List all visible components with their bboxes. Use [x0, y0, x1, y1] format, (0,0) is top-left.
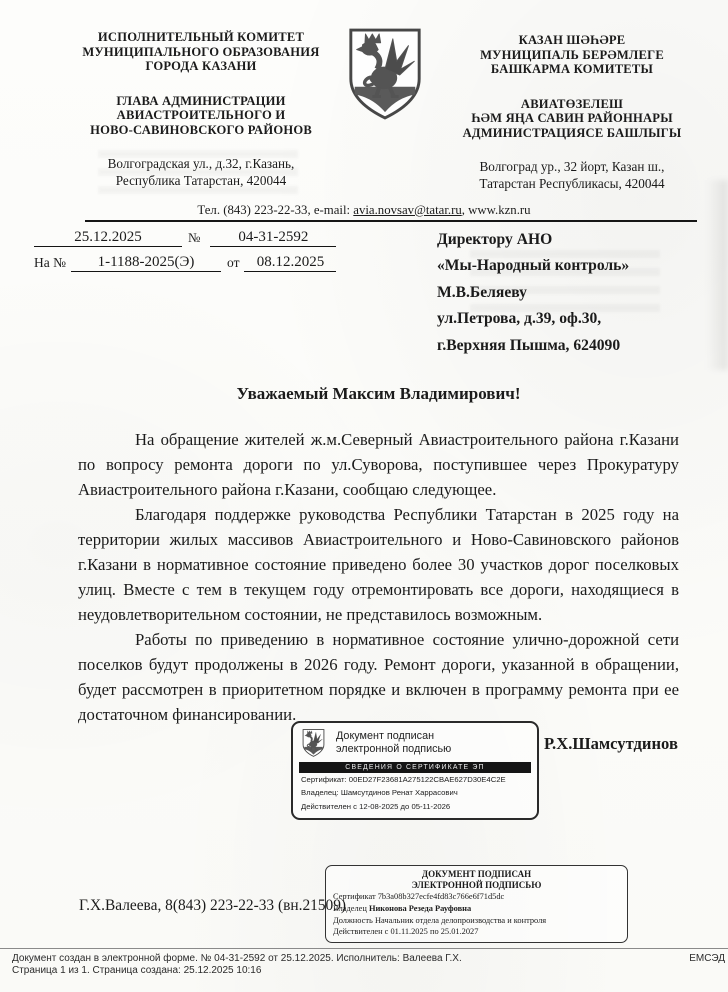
address-line: Республика Татарстан, 420044: [60, 172, 342, 189]
address-line: Татарстан Республикасы, 420044: [426, 175, 718, 192]
footer-system-label: ЕМСЭД: [689, 953, 725, 965]
number-sign: №: [182, 230, 202, 247]
contact-line: Тел. (843) 223-22-33, e-mail: avia.novsa…: [0, 203, 728, 218]
incoming-number: 1-1188-2025(Э): [71, 254, 221, 272]
outgoing-ref-row: 25.12.2025 № 04-31-2592: [34, 224, 370, 247]
header-divider: [85, 220, 697, 222]
org-line: БАШКАРМА КОМИТЕТЫ: [426, 62, 718, 77]
dept-line: АВИАСТРОИТЕЛЬНОГО И: [60, 108, 342, 123]
incoming-ref-row: На № 1-1188-2025(Э) от 08.12.2025: [34, 249, 370, 272]
stamp-title: Документ подписан электронной подписью: [336, 730, 451, 757]
reference-block: 25.12.2025 № 04-31-2592 На № 1-1188-2025…: [34, 224, 370, 274]
executor-line: Г.Х.Валеева, 8(843) 223-22-33 (вн.21509): [79, 897, 346, 915]
footer-meta: Документ создан в электронной форме. № 0…: [12, 953, 462, 977]
address-line: Волгоградская ул., д.32, г.Казань,: [60, 155, 342, 172]
stamp-title-line: электронной подписью: [336, 743, 451, 757]
letterhead-left: ИСПОЛНИТЕЛЬНЫЙ КОМИТЕТ МУНИЦИПАЛЬНОГО ОБ…: [60, 30, 342, 189]
e-signature-stamp: Документ подписан электронной подписью С…: [291, 721, 539, 820]
clerk-owner-row: Владелец Никонова Резеда Рауфовна: [333, 904, 620, 915]
dept-line: ГЛАВА АДМИНИСТРАЦИИ: [60, 94, 342, 109]
letterhead-right: КАЗАН ШӘҺӘРЕ МУНИЦИПАЛЬ БЕРӘМЛЕГЕ БАШКАР…: [426, 33, 718, 192]
website-text: , www.kzn.ru: [462, 203, 531, 217]
stamp-header: Документ подписан электронной подписью: [293, 728, 537, 758]
org-line: МУНИЦИПАЛЬНОГО ОБРАЗОВАНИЯ: [60, 45, 342, 60]
recipient-line: г.Верхняя Пышма, 624090: [437, 333, 719, 359]
body-paragraph: Работы по приведению в нормативное состо…: [78, 627, 679, 727]
certificate-owner: Владелец: Шамсутдинов Ренат Харрасович: [301, 788, 529, 799]
outgoing-date: 25.12.2025: [34, 229, 182, 247]
org-line: МУНИЦИПАЛЬ БЕРӘМЛЕГЕ: [426, 48, 718, 63]
clerk-e-signature-stamp: ДОКУМЕНТ ПОДПИСАН ЭЛЕКТРОННОЙ ПОДПИСЬЮ С…: [325, 865, 628, 943]
value: 7b3a08b327ecfe4fd83c766e6f71d5dc: [378, 892, 505, 901]
kazan-coat-of-arms-icon: [344, 26, 426, 122]
label: Должность: [333, 916, 373, 925]
certificate-validity: Действителен с 12-08-2025 до 05-11-2026: [301, 802, 529, 813]
dept-name-ru: ГЛАВА АДМИНИСТРАЦИИ АВИАСТРОИТЕЛЬНОГО И …: [60, 94, 342, 138]
address-ru: Волгоградская ул., д.32, г.Казань, Респу…: [60, 155, 342, 189]
clerk-stamp-title-line: ЭЛЕКТРОННОЙ ПОДПИСЬЮ: [333, 880, 620, 891]
stamp-title-line: Документ подписан: [336, 730, 451, 744]
address-tat: Волгоград ур., 32 йорт, Казан ш., Татарс…: [426, 158, 718, 192]
dept-line: ҺӘМ ЯҢА САВИН РАЙОННАРЫ: [426, 111, 718, 126]
value: Никонова Резеда Рауфовна: [369, 904, 471, 913]
clerk-stamp-title-line: ДОКУМЕНТ ПОДПИСАН: [333, 869, 620, 880]
footer-divider: [0, 948, 728, 949]
clerk-stamp-title: ДОКУМЕНТ ПОДПИСАН ЭЛЕКТРОННОЙ ПОДПИСЬЮ: [333, 869, 620, 891]
dept-line: АДМИНИСТРАЦИЯСЕ БАШЛЫГЫ: [426, 126, 718, 141]
clerk-position-row: Должность Начальник отдела делопроизводс…: [333, 916, 620, 927]
letter-body: На обращение жителей ж.м.Северный Авиаст…: [78, 427, 679, 727]
phone-text: Тел. (843) 223-22-33, e-mail:: [197, 203, 353, 217]
recipient-line: Директору АНО: [437, 227, 719, 253]
outgoing-number: 04-31-2592: [210, 229, 336, 247]
reply-label: На №: [34, 255, 71, 272]
letter-page: { "letterhead": { "left": { "org_lines":…: [0, 0, 728, 992]
clerk-certificate-row: Сертификат 7b3a08b327ecfe4fd83c766e6f71d…: [333, 892, 620, 903]
body-paragraph: На обращение жителей ж.м.Северный Авиаст…: [78, 427, 679, 502]
certificate-number: Сертификат: 00ED27F23681A275122CBAE627D3…: [301, 775, 529, 786]
salutation: Уважаемый Максим Владимирович!: [78, 384, 679, 404]
address-line: Волгоград ур., 32 йорт, Казан ш.,: [426, 158, 718, 175]
footer-line: Страница 1 из 1. Страница создана: 25.12…: [12, 965, 462, 977]
dept-name-tat: АВИАТӨЗЕЛЕШ ҺӘМ ЯҢА САВИН РАЙОННАРЫ АДМИ…: [426, 97, 718, 141]
org-name-tat: КАЗАН ШӘҺӘРЕ МУНИЦИПАЛЬ БЕРӘМЛЕГЕ БАШКАР…: [426, 33, 718, 77]
dept-line: АВИАТӨЗЕЛЕШ: [426, 97, 718, 112]
clerk-validity-row: Действителен с 01.11.2025 по 25.01.2027: [333, 927, 620, 938]
signature-name: Р.Х.Шамсутдинов: [544, 734, 678, 754]
org-line: ГОРОДА КАЗАНИ: [60, 59, 342, 74]
recipient-line: М.В.Беляеву: [437, 280, 719, 306]
org-name-ru: ИСПОЛНИТЕЛЬНЫЙ КОМИТЕТ МУНИЦИПАЛЬНОГО ОБ…: [60, 30, 342, 74]
recipient-block: Директору АНО «Мы-Народный контроль» М.В…: [437, 227, 719, 359]
certificate-info-bar: СВЕДЕНИЯ О СЕРТИФИКАТЕ ЭП: [299, 762, 531, 773]
email-text: avia.novsav@tatar.ru: [353, 203, 461, 217]
kazan-emblem-small-icon: [301, 728, 326, 758]
body-paragraph: Благодаря поддержке руководства Республи…: [78, 502, 679, 627]
dept-line: НОВО-САВИНОВСКОГО РАЙОНОВ: [60, 123, 342, 138]
from-label: от: [221, 255, 244, 272]
value: Начальник отдела делопроизводства и конт…: [375, 916, 546, 925]
footer-line: Документ создан в электронной форме. № 0…: [12, 953, 462, 965]
recipient-line: ул.Петрова, д.39, оф.30,: [437, 306, 719, 332]
incoming-date: 08.12.2025: [244, 254, 336, 272]
org-line: КАЗАН ШӘҺӘРЕ: [426, 33, 718, 48]
recipient-line: «Мы-Народный контроль»: [437, 253, 719, 279]
org-line: ИСПОЛНИТЕЛЬНЫЙ КОМИТЕТ: [60, 30, 342, 45]
